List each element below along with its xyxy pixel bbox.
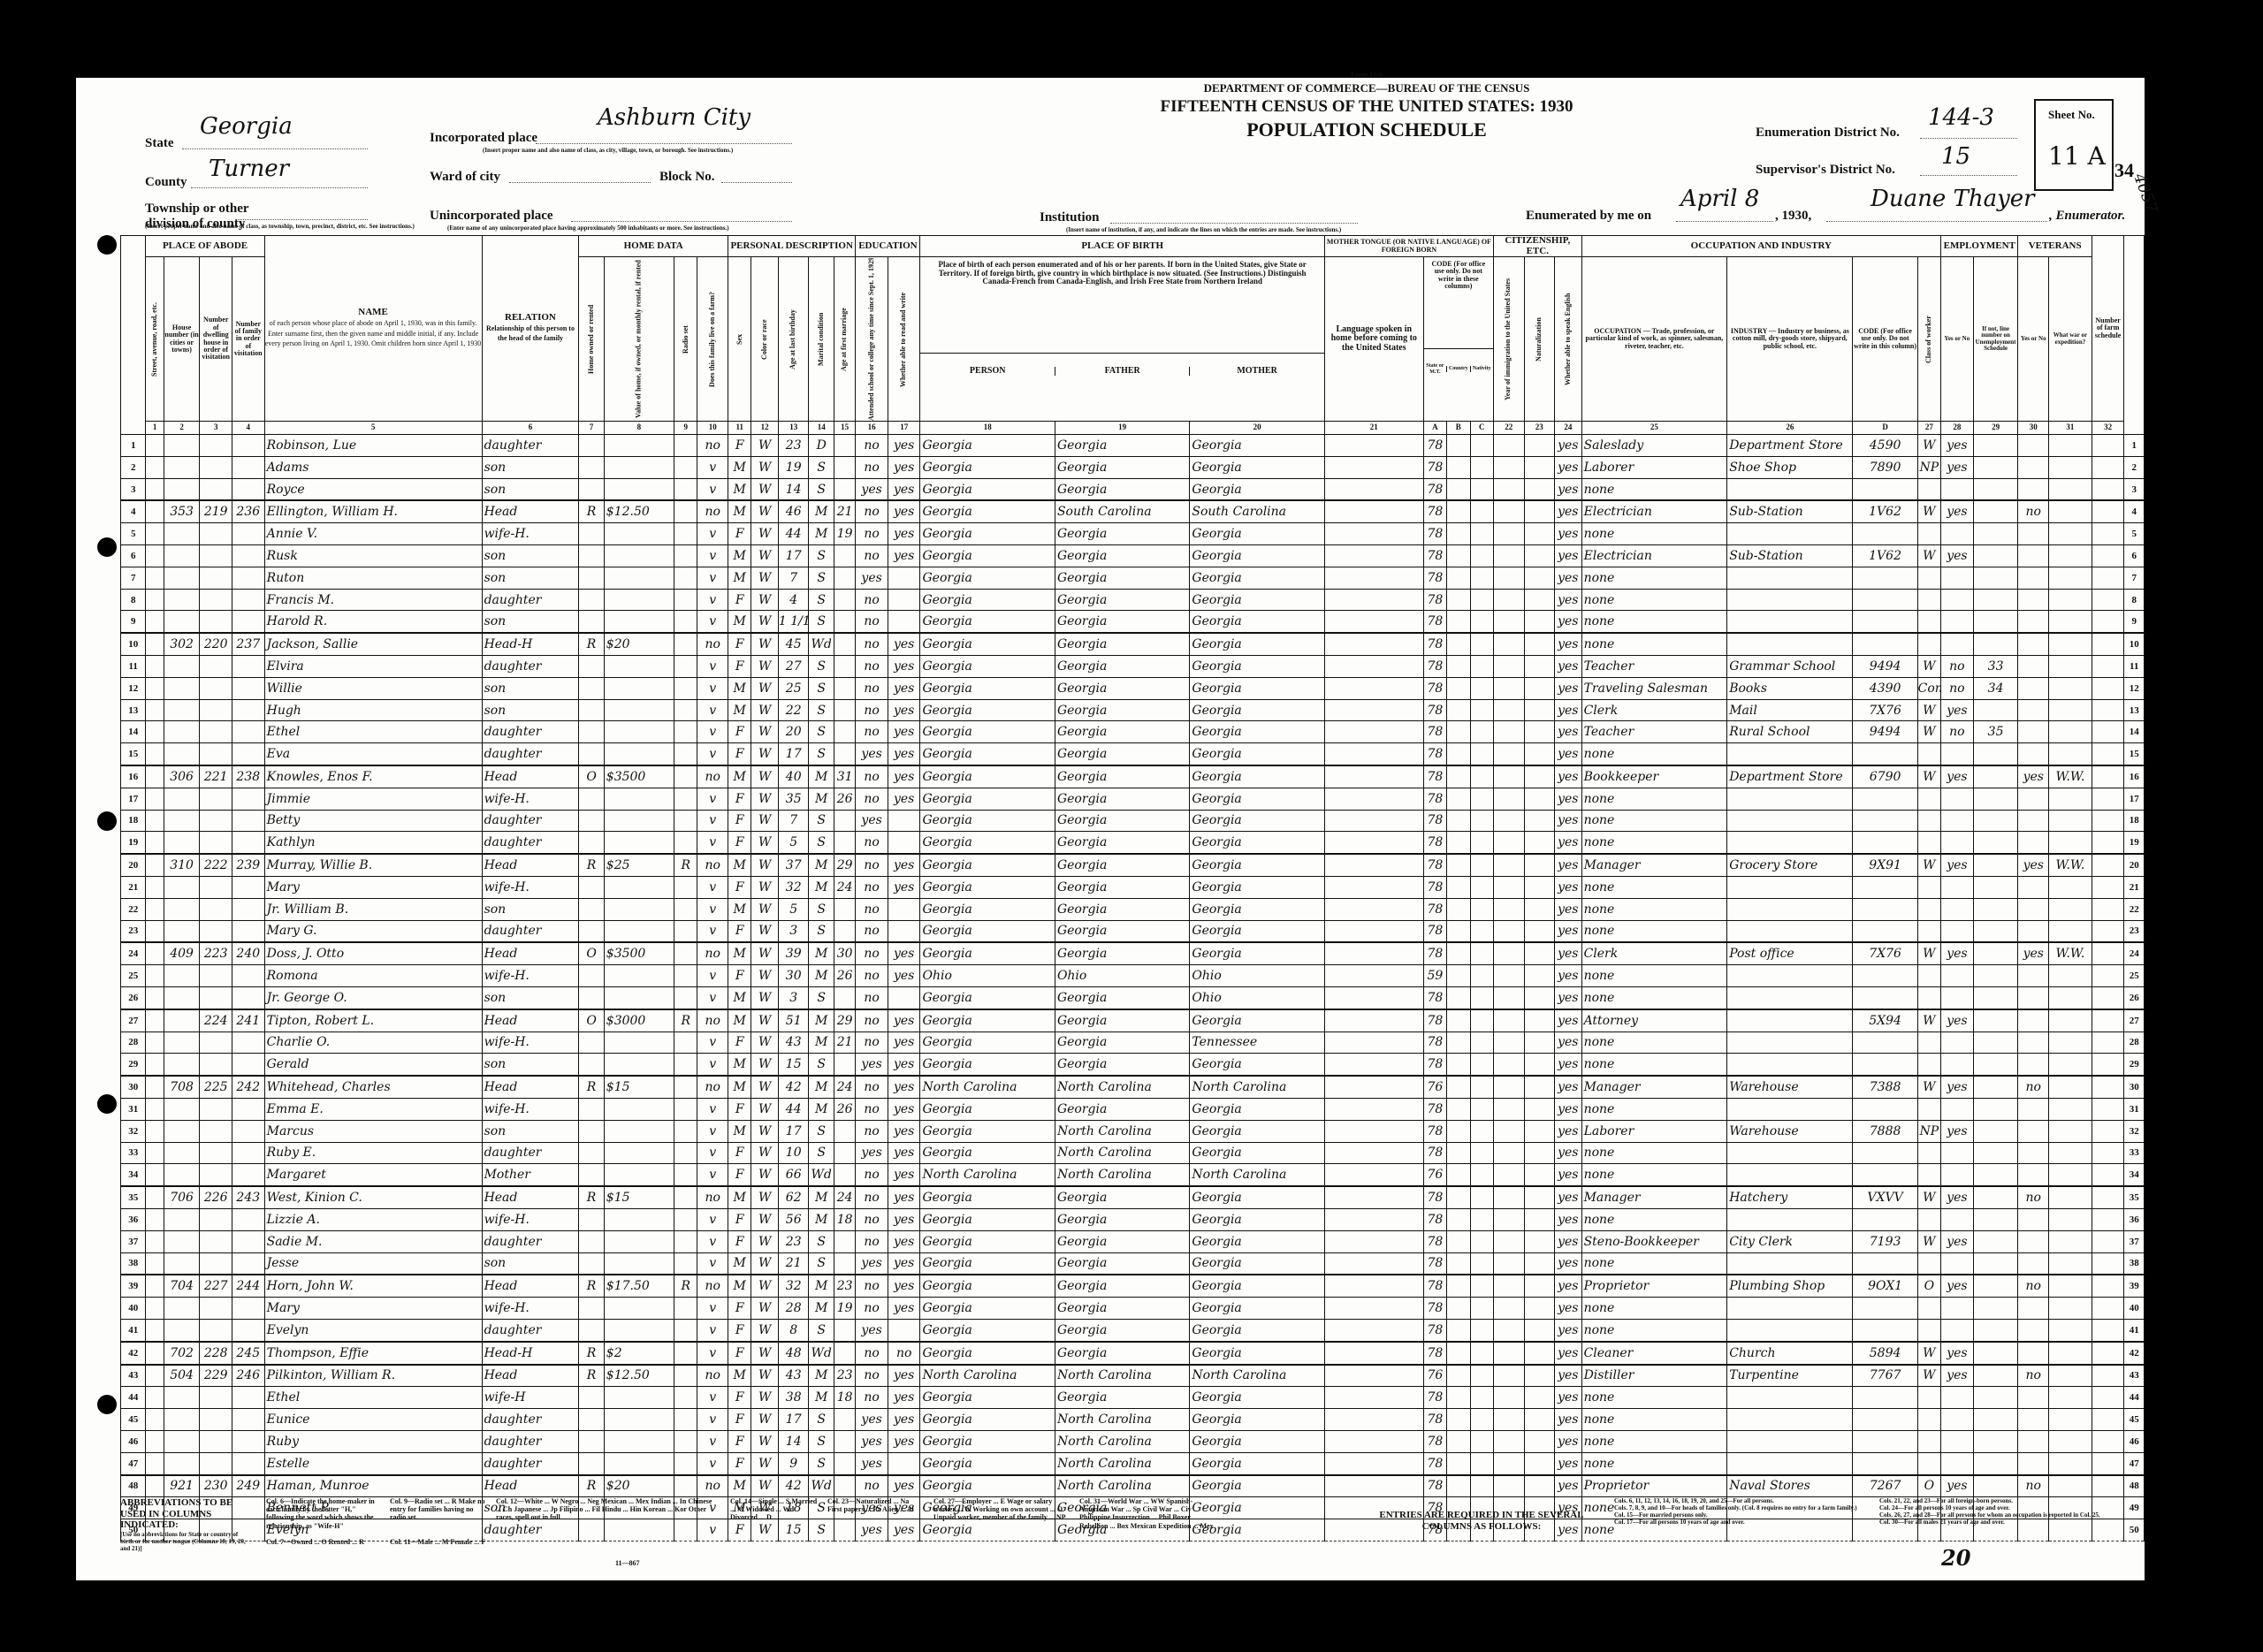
cell-read[interactable]: yes [888, 965, 920, 987]
cell-street[interactable] [146, 942, 164, 964]
cell-code-b[interactable] [1447, 1230, 1470, 1252]
cell-marital[interactable]: M [809, 1076, 834, 1098]
cell-occupation[interactable]: none [1581, 567, 1727, 589]
cell-occ-code[interactable] [1853, 832, 1917, 854]
cell-language[interactable] [1324, 1298, 1423, 1320]
cell-radio[interactable] [674, 986, 697, 1009]
cell-value[interactable]: $15 [604, 1186, 674, 1208]
cell-house[interactable] [164, 743, 200, 765]
cell-name[interactable]: Kathlyn [264, 832, 482, 854]
cell-code-a[interactable]: 76 [1423, 1164, 1446, 1186]
cell-farm-no[interactable] [2092, 1009, 2124, 1032]
cell-house[interactable]: 504 [164, 1365, 200, 1387]
cell-value[interactable] [604, 545, 674, 567]
cell-emp-line[interactable] [1973, 1252, 2018, 1275]
cell-farm-no[interactable] [2092, 500, 2124, 522]
cell-school[interactable]: yes [856, 567, 888, 589]
cell-read[interactable]: yes [888, 456, 920, 478]
cell-immig[interactable] [1493, 1409, 1524, 1431]
cell-emp[interactable] [1941, 1409, 1974, 1431]
cell-war[interactable] [2049, 1009, 2092, 1032]
cell-birth[interactable]: Georgia [920, 677, 1055, 699]
cell-mother[interactable]: Georgia [1190, 456, 1324, 478]
cell-vet[interactable]: no [2018, 1076, 2049, 1098]
table-row[interactable]: 18BettydaughtervFW7SyesGeorgiaGeorgiaGeo… [121, 810, 2145, 832]
cell-house[interactable] [164, 478, 200, 500]
cell-vet[interactable] [2018, 986, 2049, 1009]
cell-language[interactable] [1324, 699, 1423, 721]
cell-dwelling[interactable]: 225 [200, 1076, 232, 1098]
cell-sex[interactable]: F [728, 589, 751, 611]
cell-value[interactable] [604, 1032, 674, 1054]
cell-code-b[interactable] [1447, 589, 1470, 611]
cell-age[interactable]: 1 1/12 [778, 611, 809, 633]
cell-mother[interactable]: North Carolina [1190, 1164, 1324, 1186]
cell-code-c[interactable] [1470, 788, 1493, 810]
cell-race[interactable]: W [751, 986, 778, 1009]
cell-vet[interactable] [2018, 523, 2049, 545]
cell-mother[interactable]: Georgia [1190, 656, 1324, 678]
cell-age-marriage[interactable] [834, 611, 855, 633]
cell-occ-code[interactable] [1853, 567, 1917, 589]
cell-read[interactable] [888, 832, 920, 854]
cell-school[interactable]: no [856, 633, 888, 655]
cell-birth[interactable]: Georgia [920, 810, 1055, 832]
cell-mother[interactable]: Georgia [1190, 1342, 1324, 1365]
cell-mother[interactable]: Georgia [1190, 1319, 1324, 1341]
cell-farm-no[interactable] [2092, 677, 2124, 699]
cell-occ-code[interactable]: 5894 [1853, 1342, 1917, 1365]
cell-age[interactable]: 14 [778, 478, 809, 500]
cell-age[interactable]: 17 [778, 1120, 809, 1142]
cell-value[interactable]: $20 [604, 633, 674, 655]
cell-read[interactable] [888, 611, 920, 633]
cell-farm-no[interactable] [2092, 699, 2124, 721]
cell-occ-code[interactable] [1853, 1298, 1917, 1320]
cell-owned[interactable] [579, 523, 604, 545]
cell-english[interactable]: yes [1555, 721, 1582, 743]
cell-dwelling[interactable] [200, 1120, 232, 1142]
cell-street[interactable] [146, 545, 164, 567]
cell-marital[interactable]: M [809, 500, 834, 522]
cell-birth[interactable]: Georgia [920, 1032, 1055, 1054]
cell-vet[interactable] [2018, 456, 2049, 478]
table-row[interactable]: 44Ethelwife-HvFW38M18noyesGeorgiaGeorgia… [121, 1387, 2145, 1409]
cell-code-c[interactable] [1470, 1032, 1493, 1054]
cell-language[interactable] [1324, 1365, 1423, 1387]
cell-birth[interactable]: Georgia [920, 523, 1055, 545]
cell-code-b[interactable] [1447, 478, 1470, 500]
cell-occ-code[interactable]: 1V62 [1853, 545, 1917, 567]
cell-occ-code[interactable] [1853, 1054, 1917, 1076]
cell-emp[interactable] [1941, 1430, 1974, 1452]
cell-occupation[interactable]: Proprietor [1581, 1275, 1727, 1297]
cell-vet[interactable] [2018, 965, 2049, 987]
cell-value[interactable]: $12.50 [604, 500, 674, 522]
cell-age-marriage[interactable] [834, 435, 855, 457]
table-row[interactable]: 31Emma E.wife-H.vFW44M26noyesGeorgiaGeor… [121, 1098, 2145, 1120]
cell-sex[interactable]: M [728, 898, 751, 920]
cell-father[interactable]: Georgia [1055, 986, 1189, 1009]
cell-read[interactable]: yes [888, 1032, 920, 1054]
cell-dwelling[interactable] [200, 1032, 232, 1054]
cell-code-c[interactable] [1470, 721, 1493, 743]
cell-english[interactable]: yes [1555, 589, 1582, 611]
cell-age[interactable]: 7 [778, 567, 809, 589]
cell-birth[interactable]: Georgia [920, 633, 1055, 655]
cell-age-marriage[interactable] [834, 721, 855, 743]
cell-name[interactable]: Royce [264, 478, 482, 500]
cell-race[interactable]: W [751, 1186, 778, 1208]
cell-vet[interactable] [2018, 1452, 2049, 1474]
cell-read[interactable]: yes [888, 1009, 920, 1032]
cell-emp[interactable] [1941, 589, 1974, 611]
cell-code-b[interactable] [1447, 611, 1470, 633]
cell-owned[interactable] [579, 721, 604, 743]
cell-house[interactable] [164, 721, 200, 743]
cell-farm-no[interactable] [2092, 1387, 2124, 1409]
cell-vet[interactable] [2018, 876, 2049, 898]
cell-father[interactable]: North Carolina [1055, 1365, 1189, 1387]
cell-language[interactable] [1324, 1076, 1423, 1098]
cell-code-c[interactable] [1470, 1098, 1493, 1120]
cell-occupation[interactable]: none [1581, 523, 1727, 545]
cell-emp[interactable]: yes [1941, 1365, 1974, 1387]
cell-street[interactable] [146, 523, 164, 545]
cell-radio[interactable] [674, 611, 697, 633]
cell-street[interactable] [146, 1387, 164, 1409]
cell-emp[interactable] [1941, 523, 1974, 545]
cell-war[interactable] [2049, 1032, 2092, 1054]
cell-natur[interactable] [1524, 986, 1555, 1009]
cell-occupation[interactable]: none [1581, 1452, 1727, 1474]
cell-code-c[interactable] [1470, 743, 1493, 765]
cell-farm[interactable]: v [697, 1252, 728, 1275]
cell-occupation[interactable]: none [1581, 965, 1727, 987]
cell-code-a[interactable]: 78 [1423, 567, 1446, 589]
cell-occupation[interactable]: none [1581, 478, 1727, 500]
cell-relation[interactable]: son [482, 545, 579, 567]
cell-race[interactable]: W [751, 1452, 778, 1474]
cell-code-a[interactable]: 78 [1423, 765, 1446, 788]
cell-street[interactable] [146, 788, 164, 810]
table-row[interactable]: 13HughsonvMW22SnoyesGeorgiaGeorgiaGeorgi… [121, 699, 2145, 721]
cell-radio[interactable] [674, 500, 697, 522]
cell-family[interactable] [232, 1409, 264, 1431]
cell-english[interactable]: yes [1555, 1252, 1582, 1275]
cell-emp[interactable] [1941, 567, 1974, 589]
cell-street[interactable] [146, 743, 164, 765]
cell-english[interactable]: yes [1555, 656, 1582, 678]
cell-code-c[interactable] [1470, 986, 1493, 1009]
cell-emp-line[interactable] [1973, 699, 2018, 721]
cell-immig[interactable] [1493, 1009, 1524, 1032]
cell-code-c[interactable] [1470, 1275, 1493, 1297]
cell-house[interactable] [164, 545, 200, 567]
cell-code-a[interactable]: 78 [1423, 699, 1446, 721]
cell-industry[interactable]: Sub-Station [1727, 500, 1853, 522]
cell-school[interactable]: no [856, 965, 888, 987]
cell-language[interactable] [1324, 965, 1423, 987]
cell-industry[interactable] [1727, 832, 1853, 854]
cell-industry[interactable] [1727, 743, 1853, 765]
cell-value[interactable] [604, 743, 674, 765]
cell-language[interactable] [1324, 1098, 1423, 1120]
cell-code-b[interactable] [1447, 1430, 1470, 1452]
cell-occupation[interactable]: Cleaner [1581, 1342, 1727, 1365]
cell-occupation[interactable]: Teacher [1581, 721, 1727, 743]
cell-code-b[interactable] [1447, 500, 1470, 522]
cell-occ-code[interactable]: 5X94 [1853, 1009, 1917, 1032]
cell-immig[interactable] [1493, 500, 1524, 522]
cell-immig[interactable] [1493, 1120, 1524, 1142]
cell-name[interactable]: Ruby [264, 1430, 482, 1452]
cell-race[interactable]: W [751, 435, 778, 457]
table-row[interactable]: 25Romonawife-H.vFW30M26noyesOhioOhioOhio… [121, 965, 2145, 987]
cell-sex[interactable]: M [728, 1009, 751, 1032]
cell-vet[interactable] [2018, 545, 2049, 567]
cell-age-marriage[interactable]: 29 [834, 1009, 855, 1032]
cell-emp[interactable]: yes [1941, 942, 1974, 964]
cell-code-b[interactable] [1447, 456, 1470, 478]
cell-language[interactable] [1324, 743, 1423, 765]
cell-mother[interactable]: Georgia [1190, 876, 1324, 898]
cell-house[interactable] [164, 589, 200, 611]
cell-emp-line[interactable] [1973, 1230, 2018, 1252]
cell-house[interactable] [164, 876, 200, 898]
cell-occ-code[interactable]: 6790 [1853, 765, 1917, 788]
table-row[interactable]: 28Charlie O.wife-H.vFW43M21noyesGeorgiaG… [121, 1032, 2145, 1054]
cell-name[interactable]: Margaret [264, 1164, 482, 1186]
cell-relation[interactable]: daughter [482, 810, 579, 832]
cell-birth[interactable]: Georgia [920, 1409, 1055, 1431]
table-row[interactable]: 17Jimmiewife-H.vFW35M26noyesGeorgiaGeorg… [121, 788, 2145, 810]
cell-class[interactable]: W [1917, 1365, 1940, 1387]
cell-radio[interactable] [674, 1142, 697, 1164]
cell-mother[interactable]: Georgia [1190, 1230, 1324, 1252]
cell-birth[interactable]: Georgia [920, 920, 1055, 942]
cell-radio[interactable] [674, 1342, 697, 1365]
cell-war[interactable] [2049, 1342, 2092, 1365]
cell-farm[interactable]: v [697, 567, 728, 589]
cell-industry[interactable] [1727, 1319, 1853, 1341]
cell-war[interactable] [2049, 898, 2092, 920]
cell-father[interactable]: Georgia [1055, 1342, 1189, 1365]
cell-farm[interactable]: v [697, 1164, 728, 1186]
cell-age[interactable]: 8 [778, 1319, 809, 1341]
cell-natur[interactable] [1524, 1275, 1555, 1297]
cell-immig[interactable] [1493, 1275, 1524, 1297]
cell-birth[interactable]: Georgia [920, 1208, 1055, 1230]
cell-natur[interactable] [1524, 611, 1555, 633]
cell-code-b[interactable] [1447, 1452, 1470, 1474]
cell-code-b[interactable] [1447, 810, 1470, 832]
cell-relation[interactable]: son [482, 699, 579, 721]
cell-name[interactable]: Pilkinton, William R. [264, 1365, 482, 1387]
cell-farm-no[interactable] [2092, 1032, 2124, 1054]
cell-school[interactable]: yes [856, 1054, 888, 1076]
cell-language[interactable] [1324, 854, 1423, 876]
cell-code-b[interactable] [1447, 1009, 1470, 1032]
cell-owned[interactable]: O [579, 1009, 604, 1032]
table-row[interactable]: 4353219236Ellington, William H.HeadR$12.… [121, 500, 2145, 522]
cell-birth[interactable]: Georgia [920, 721, 1055, 743]
cell-war[interactable]: W.W. [2049, 765, 2092, 788]
cell-emp-line[interactable] [1973, 898, 2018, 920]
cell-code-a[interactable]: 78 [1423, 1319, 1446, 1341]
cell-language[interactable] [1324, 611, 1423, 633]
cell-emp[interactable]: yes [1941, 500, 1974, 522]
cell-emp[interactable]: yes [1941, 699, 1974, 721]
cell-race[interactable]: W [751, 677, 778, 699]
cell-farm[interactable]: v [697, 1120, 728, 1142]
cell-mother[interactable]: Georgia [1190, 611, 1324, 633]
cell-birth[interactable]: Georgia [920, 1230, 1055, 1252]
cell-war[interactable] [2049, 965, 2092, 987]
cell-house[interactable]: 704 [164, 1275, 200, 1297]
cell-birth[interactable]: Georgia [920, 545, 1055, 567]
cell-name[interactable]: Adams [264, 456, 482, 478]
cell-house[interactable]: 409 [164, 942, 200, 964]
cell-immig[interactable] [1493, 1319, 1524, 1341]
cell-street[interactable] [146, 898, 164, 920]
cell-war[interactable] [2049, 1076, 2092, 1098]
cell-vet[interactable] [2018, 1298, 2049, 1320]
cell-code-a[interactable]: 78 [1423, 788, 1446, 810]
cell-read[interactable] [888, 589, 920, 611]
cell-emp[interactable]: no [1941, 677, 1974, 699]
cell-marital[interactable]: M [809, 1365, 834, 1387]
cell-code-b[interactable] [1447, 1186, 1470, 1208]
cell-farm-no[interactable] [2092, 1252, 2124, 1275]
cell-immig[interactable] [1493, 1430, 1524, 1452]
cell-dwelling[interactable] [200, 1430, 232, 1452]
cell-english[interactable]: yes [1555, 611, 1582, 633]
cell-code-a[interactable]: 78 [1423, 435, 1446, 457]
cell-industry[interactable] [1727, 788, 1853, 810]
cell-owned[interactable]: O [579, 765, 604, 788]
cell-sex[interactable]: F [728, 633, 751, 655]
cell-read[interactable]: yes [888, 633, 920, 655]
cell-emp-line[interactable] [1973, 1275, 2018, 1297]
cell-race[interactable]: W [751, 1409, 778, 1431]
cell-house[interactable] [164, 435, 200, 457]
cell-natur[interactable] [1524, 523, 1555, 545]
table-row[interactable]: 27224241Tipton, Robert L.HeadO$3000RnoMW… [121, 1009, 2145, 1032]
cell-school[interactable]: yes [856, 810, 888, 832]
cell-street[interactable] [146, 1230, 164, 1252]
cell-age[interactable]: 17 [778, 545, 809, 567]
cell-code-a[interactable]: 78 [1423, 832, 1446, 854]
cell-occupation[interactable]: Teacher [1581, 656, 1727, 678]
cell-class[interactable] [1917, 1054, 1940, 1076]
cell-value[interactable] [604, 656, 674, 678]
cell-farm[interactable]: v [697, 545, 728, 567]
cell-war[interactable] [2049, 1409, 2092, 1431]
cell-sex[interactable]: M [728, 1076, 751, 1098]
cell-occ-code[interactable] [1853, 1387, 1917, 1409]
cell-relation[interactable]: son [482, 898, 579, 920]
cell-immig[interactable] [1493, 1032, 1524, 1054]
cell-industry[interactable] [1727, 1430, 1853, 1452]
cell-mother[interactable]: Georgia [1190, 1387, 1324, 1409]
cell-relation[interactable]: Head [482, 500, 579, 522]
cell-marital[interactable]: S [809, 1452, 834, 1474]
cell-mother[interactable]: Georgia [1190, 898, 1324, 920]
cell-house[interactable] [164, 1430, 200, 1452]
cell-language[interactable] [1324, 1409, 1423, 1431]
cell-read[interactable]: yes [888, 788, 920, 810]
cell-farm[interactable]: no [697, 435, 728, 457]
cell-father[interactable]: Georgia [1055, 589, 1189, 611]
cell-farm[interactable]: no [697, 854, 728, 876]
cell-owned[interactable]: R [579, 854, 604, 876]
cell-family[interactable] [232, 1452, 264, 1474]
cell-family[interactable] [232, 920, 264, 942]
cell-war[interactable] [2049, 1120, 2092, 1142]
cell-relation[interactable]: daughter [482, 1430, 579, 1452]
cell-farm-no[interactable] [2092, 633, 2124, 655]
cell-race[interactable]: W [751, 832, 778, 854]
cell-farm[interactable]: no [697, 633, 728, 655]
cell-dwelling[interactable] [200, 1252, 232, 1275]
cell-vet[interactable] [2018, 611, 2049, 633]
cell-code-c[interactable] [1470, 1319, 1493, 1341]
cell-dwelling[interactable] [200, 920, 232, 942]
cell-english[interactable]: yes [1555, 456, 1582, 478]
cell-relation[interactable]: Head [482, 942, 579, 964]
cell-radio[interactable] [674, 478, 697, 500]
cell-code-a[interactable]: 78 [1423, 677, 1446, 699]
cell-owned[interactable] [579, 788, 604, 810]
cell-sex[interactable]: M [728, 854, 751, 876]
cell-language[interactable] [1324, 545, 1423, 567]
cell-name[interactable]: Emma E. [264, 1098, 482, 1120]
cell-natur[interactable] [1524, 1054, 1555, 1076]
cell-value[interactable] [604, 589, 674, 611]
cell-occupation[interactable]: none [1581, 1098, 1727, 1120]
cell-dwelling[interactable] [200, 965, 232, 987]
cell-house[interactable] [164, 1142, 200, 1164]
cell-occ-code[interactable] [1853, 1098, 1917, 1120]
cell-class[interactable] [1917, 478, 1940, 500]
cell-birth[interactable]: Georgia [920, 611, 1055, 633]
cell-owned[interactable] [579, 965, 604, 987]
cell-sex[interactable]: M [728, 456, 751, 478]
cell-occupation[interactable]: none [1581, 633, 1727, 655]
cell-name[interactable]: Jackson, Sallie [264, 633, 482, 655]
cell-english[interactable]: yes [1555, 788, 1582, 810]
cell-war[interactable] [2049, 1054, 2092, 1076]
cell-emp-line[interactable]: 33 [1973, 656, 2018, 678]
cell-read[interactable]: yes [888, 1098, 920, 1120]
cell-house[interactable]: 302 [164, 633, 200, 655]
cell-industry[interactable] [1727, 810, 1853, 832]
cell-farm-no[interactable] [2092, 1186, 2124, 1208]
cell-value[interactable] [604, 1298, 674, 1320]
cell-code-a[interactable]: 78 [1423, 986, 1446, 1009]
cell-school[interactable]: no [856, 1009, 888, 1032]
enumerated-date[interactable]: April 8 [1680, 186, 1759, 212]
cell-family[interactable]: 242 [232, 1076, 264, 1098]
cell-mother[interactable]: Georgia [1190, 1120, 1324, 1142]
cell-marital[interactable]: S [809, 920, 834, 942]
cell-farm[interactable]: no [697, 1009, 728, 1032]
cell-relation[interactable]: Head [482, 765, 579, 788]
cell-emp-line[interactable] [1973, 1298, 2018, 1320]
cell-emp[interactable] [1941, 788, 1974, 810]
cell-family[interactable] [232, 589, 264, 611]
